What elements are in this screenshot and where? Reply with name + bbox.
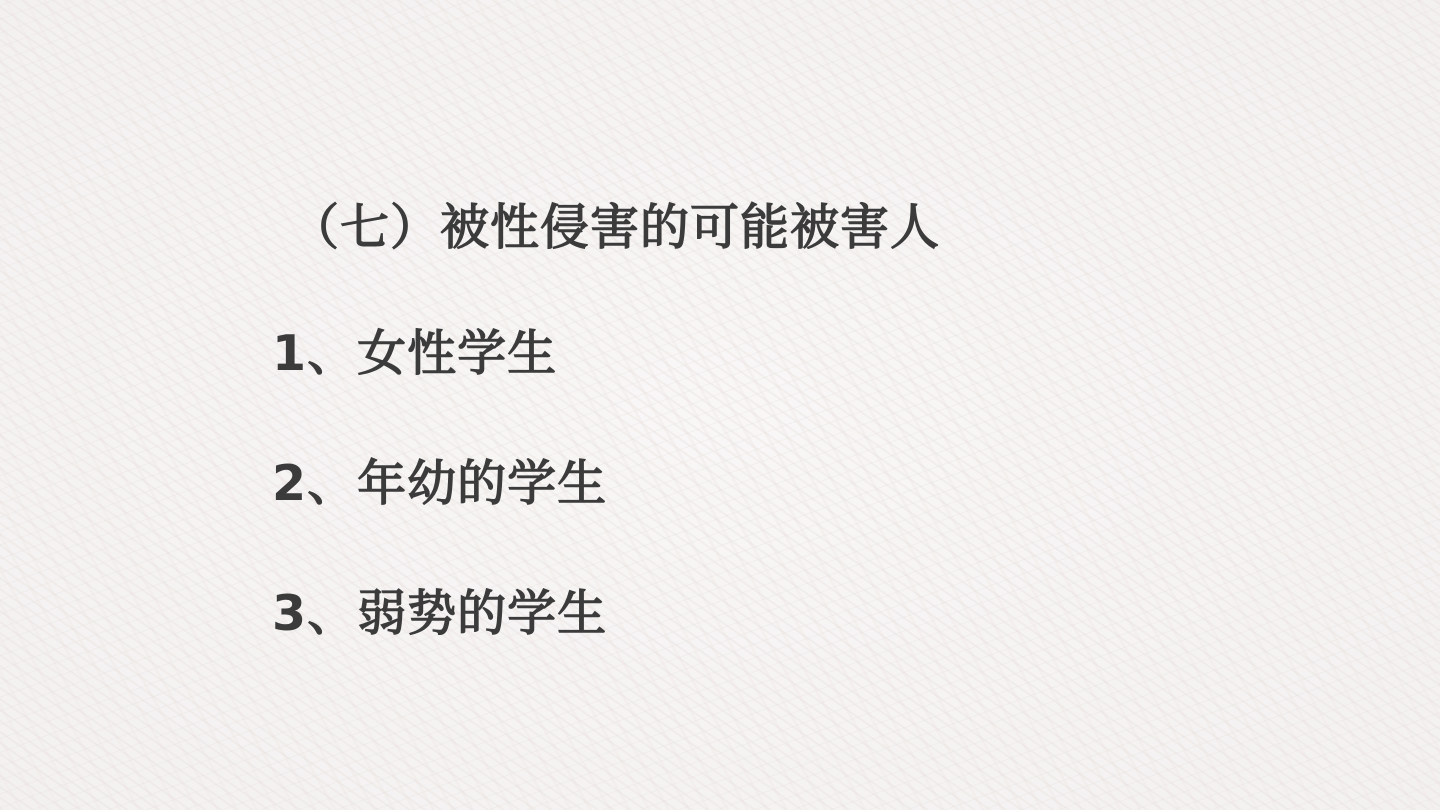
victim-list: 1、女性学生 2、年幼的学生 3、弱势的学生 — [272, 322, 607, 712]
list-item-young-students: 2、年幼的学生 — [272, 452, 607, 516]
list-item-vulnerable-students: 3、弱势的学生 — [272, 582, 607, 646]
slide-title: （七）被性侵害的可能被害人 — [290, 196, 940, 260]
slide: （七）被性侵害的可能被害人 1、女性学生 2、年幼的学生 3、弱势的学生 — [0, 0, 1440, 810]
list-item-female-students: 1、女性学生 — [272, 322, 607, 386]
